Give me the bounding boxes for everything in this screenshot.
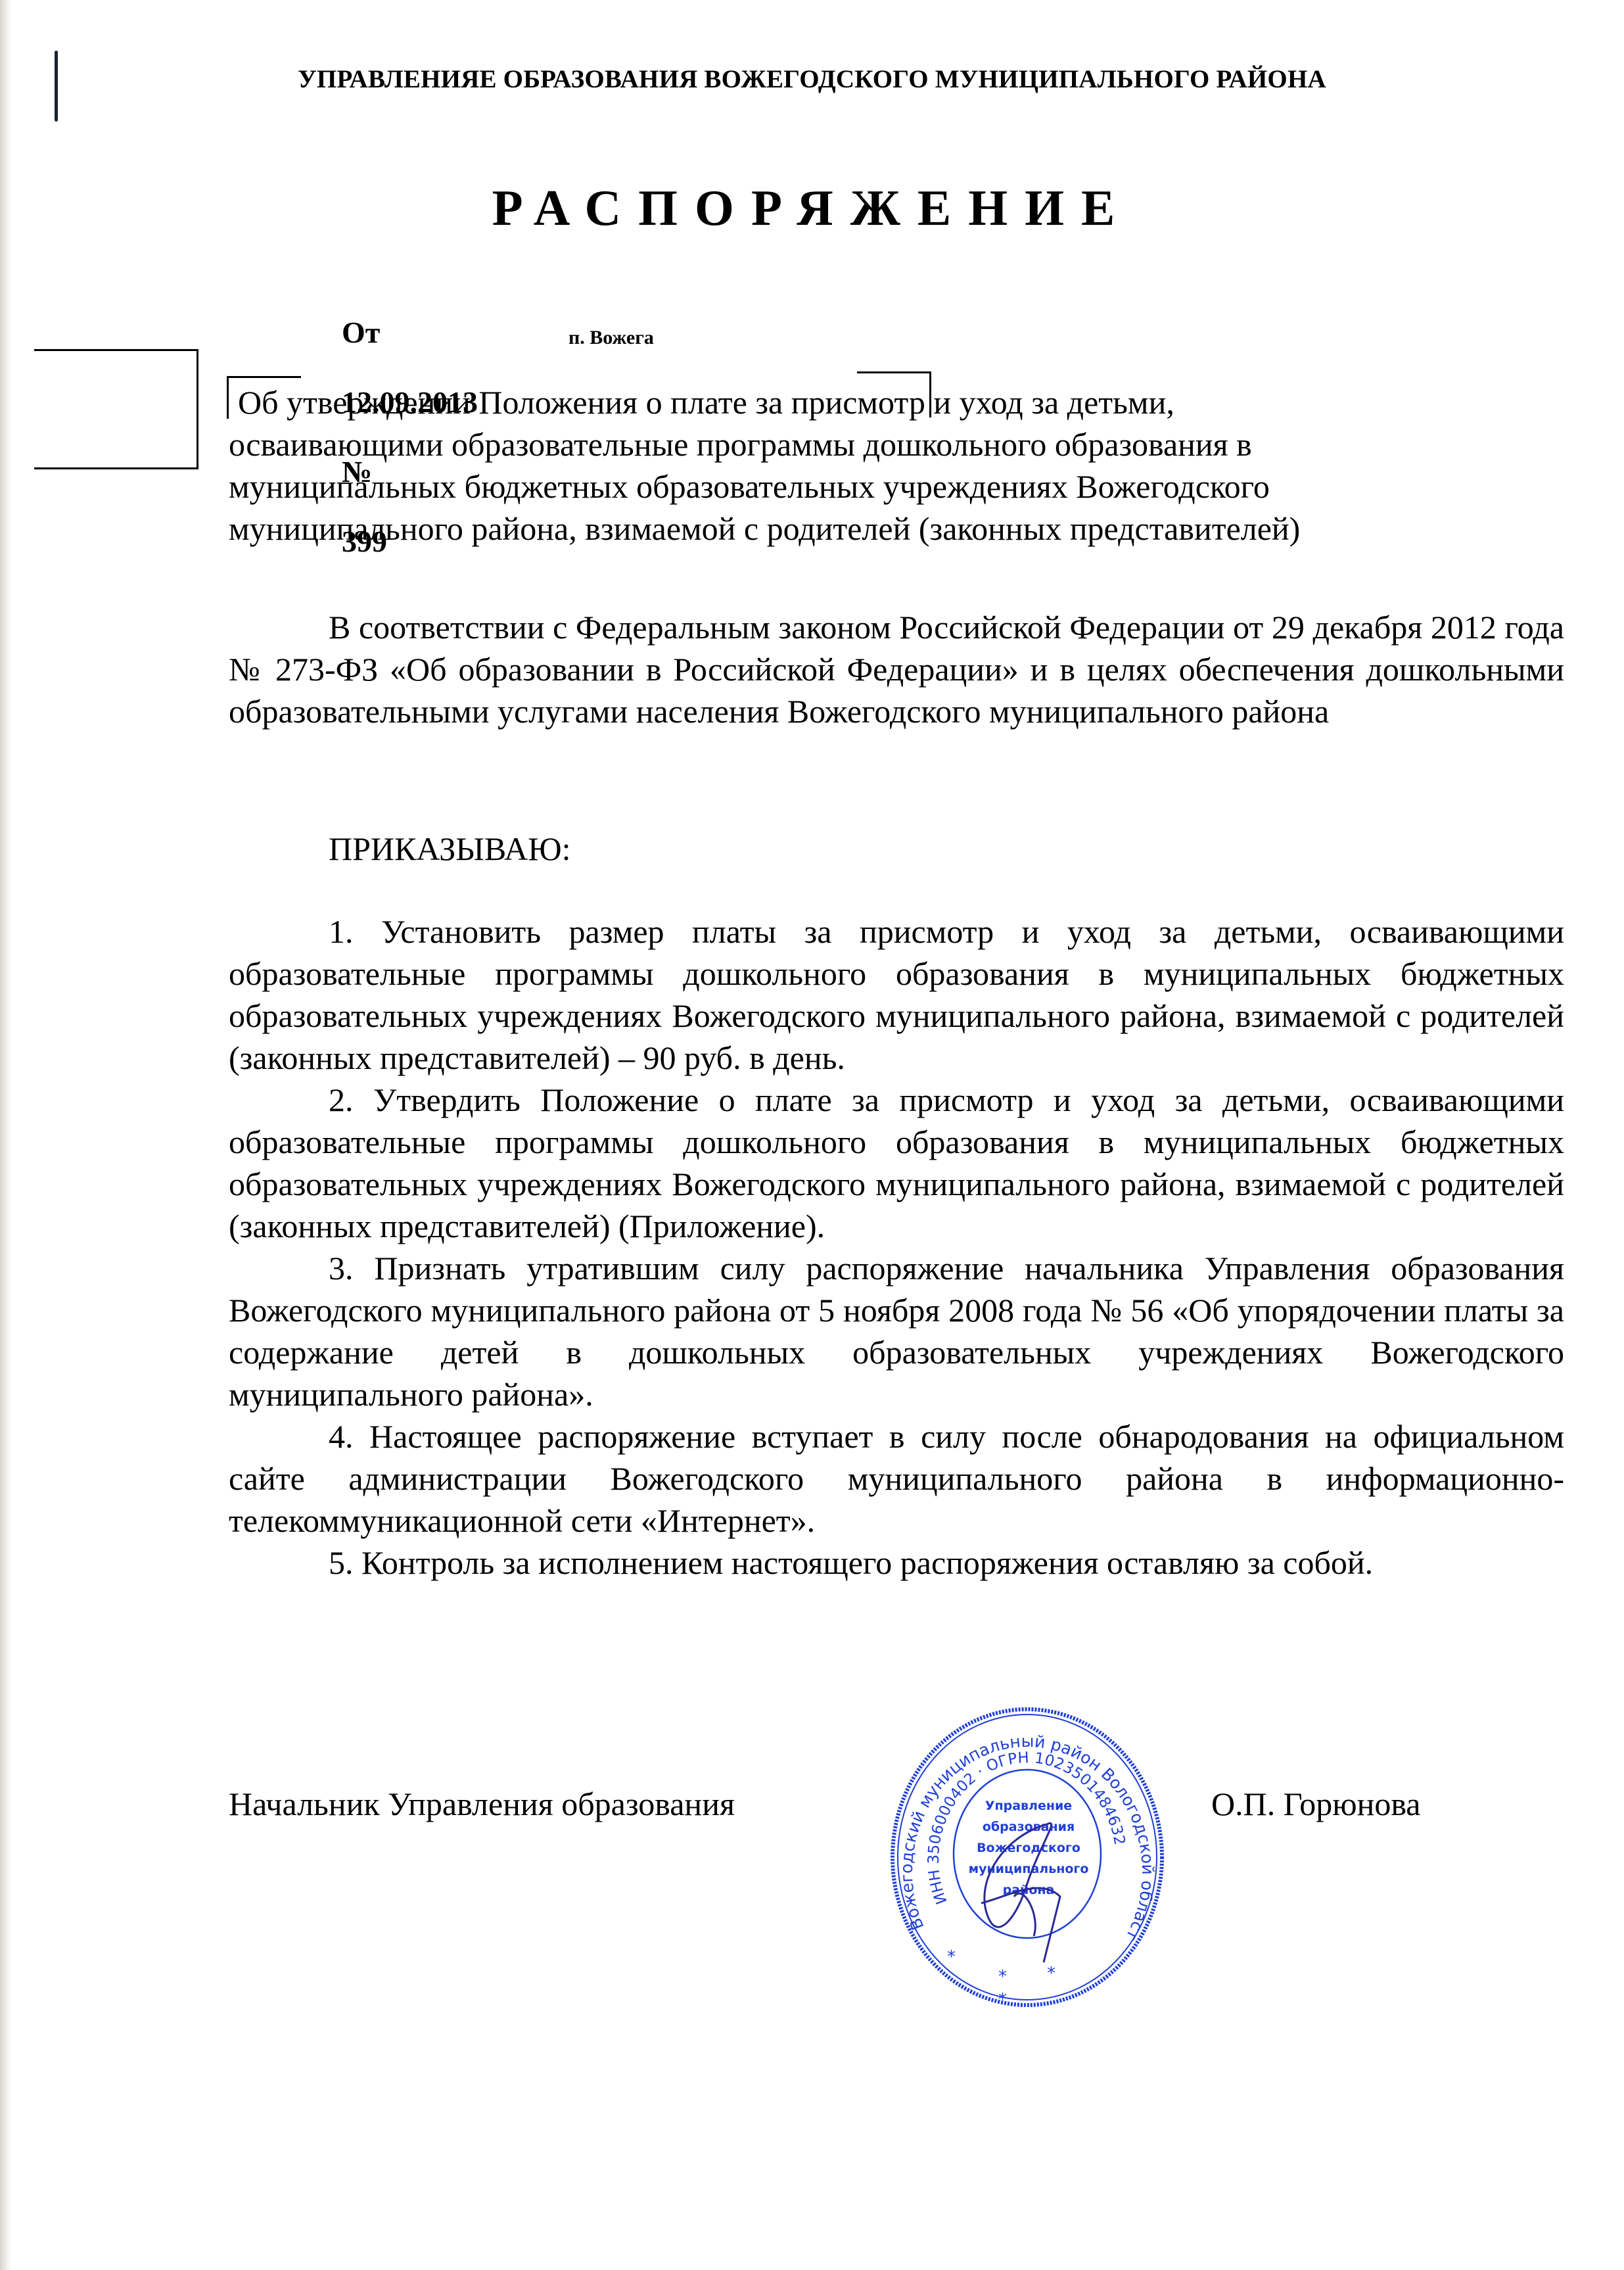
preamble-paragraph: В соответствии с Федеральным законом Рос…	[229, 606, 1564, 732]
svg-text:*: *	[947, 1947, 956, 1967]
subject-line: осваивающими образовательные программы д…	[229, 423, 1510, 465]
date-label: От	[342, 315, 380, 350]
svg-text:Вожегодского: Вожегодского	[977, 1841, 1080, 1855]
organization-heading: УПРАВЛЕНИЯЕ ОБРАЗОВАНИЯ ВОЖЕГОДСКОГО МУН…	[0, 64, 1624, 94]
stamp-seal-icon: Вожегодский муниципальный район Вологодс…	[883, 1699, 1172, 2015]
svg-text:*: *	[998, 1967, 1007, 1987]
document-subject: Об утверждении Положения о плате за прис…	[229, 381, 1510, 550]
svg-text:Управление: Управление	[985, 1799, 1072, 1813]
document-type-title: РАСПОРЯЖЕНИЕ	[0, 179, 1624, 237]
subject-line: Об утверждении Положения о плате за прис…	[229, 381, 1510, 423]
order-word: ПРИКАЗЫВАЮ:	[329, 830, 570, 868]
registration-box-right	[197, 349, 198, 469]
svg-text:*: *	[998, 1990, 1007, 2010]
order-item-5: 5. Контроль за исполнением настоящего ра…	[229, 1542, 1564, 1584]
svg-text:*: *	[1047, 1964, 1056, 1983]
subject-line: муниципальных бюджетных образовательных …	[229, 465, 1510, 508]
registration-box-bottom	[34, 467, 198, 469]
svg-text:муниципального: муниципального	[969, 1862, 1089, 1876]
order-items: 1. Установить размер платы за присмотр и…	[229, 910, 1564, 1584]
official-stamp: Вожегодский муниципальный район Вологодс…	[883, 1699, 1172, 2015]
signatory-name: О.П. Горюнова	[1211, 1785, 1420, 1823]
registration-box-top	[34, 349, 198, 351]
preamble: В соответствии с Федеральным законом Рос…	[229, 606, 1564, 732]
order-item-2: 2. Утвердить Положение о плате за присмо…	[229, 1079, 1564, 1247]
subject-bracket-left-horizontal	[227, 376, 301, 378]
subject-line: муниципального района, взимаемой с родит…	[229, 508, 1510, 550]
order-item-4: 4. Настоящее распоряжение вступает в сил…	[229, 1415, 1564, 1542]
order-item-1: 1. Установить размер платы за присмотр и…	[229, 910, 1564, 1079]
order-item-3: 3. Признать утратившим силу распоряжение…	[229, 1247, 1564, 1415]
subject-bracket-right-horizontal	[857, 371, 931, 373]
place-of-issue: п. Вожега	[568, 327, 654, 349]
signatory-title: Начальник Управления образования	[229, 1785, 735, 1823]
scan-edge-shadow	[0, 0, 12, 2270]
